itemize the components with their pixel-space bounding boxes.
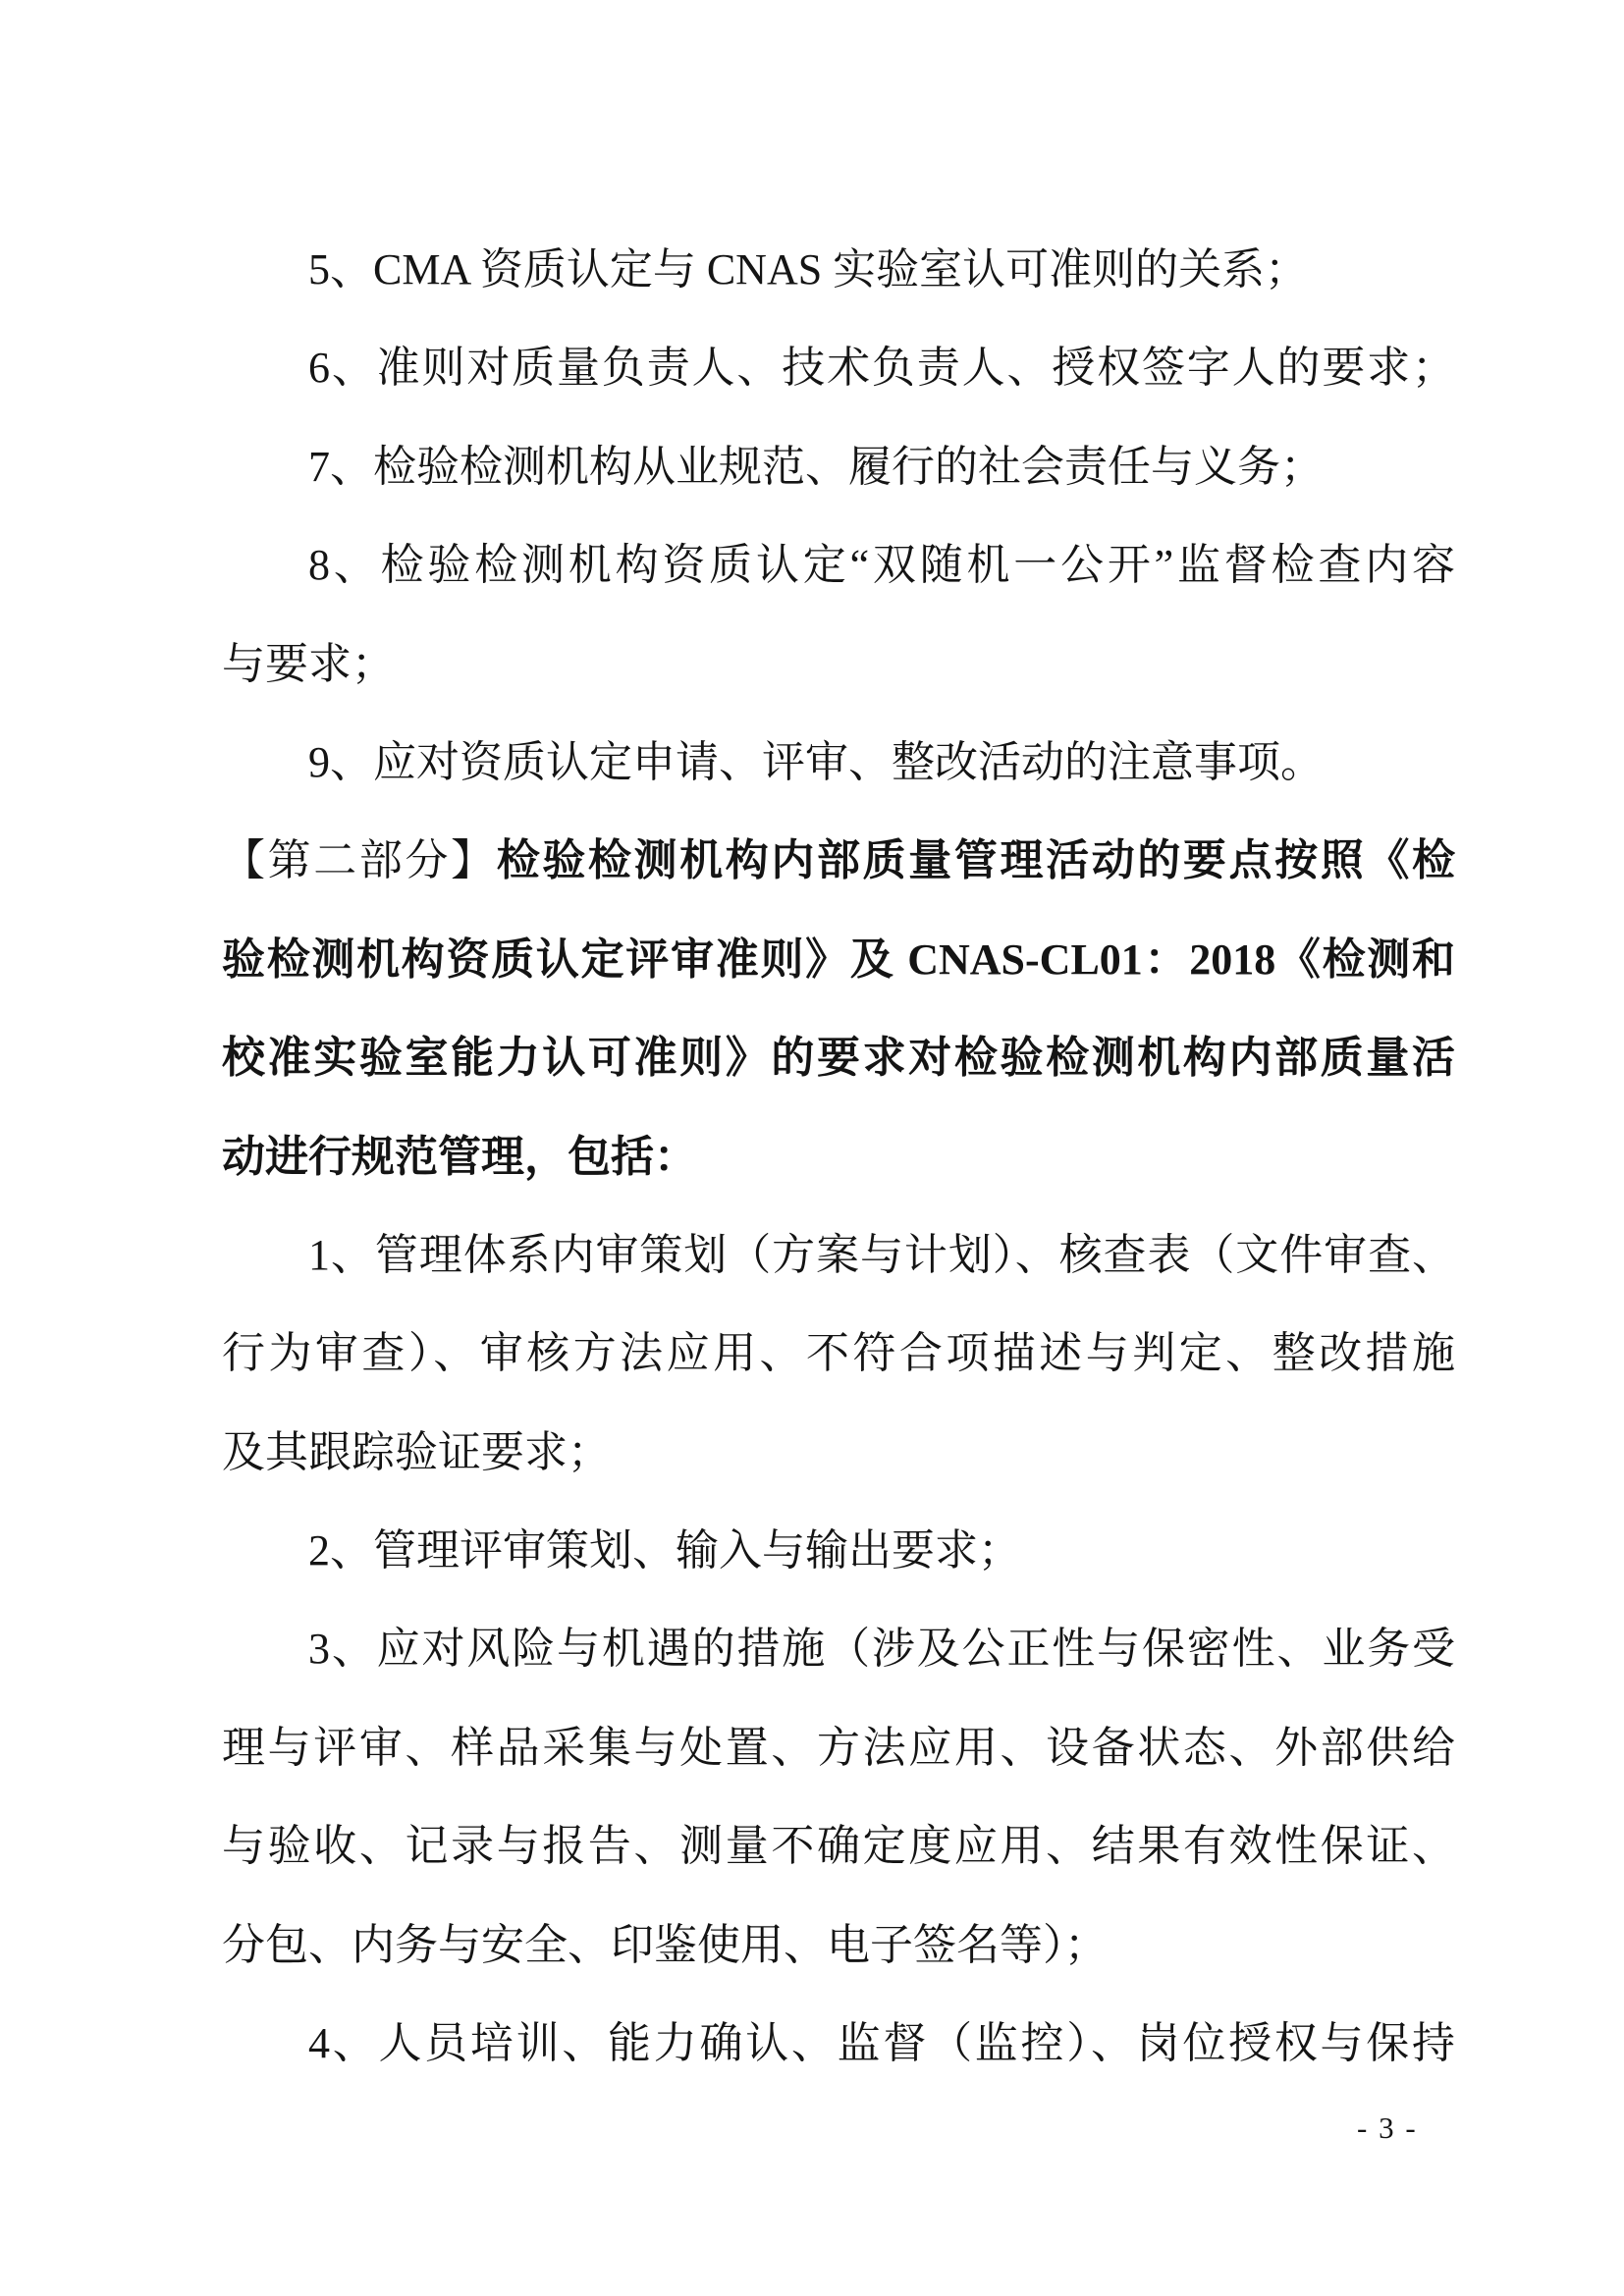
text-line: 5、CMA 资质认定与 CNAS 实验室认可准则的关系； xyxy=(222,221,1455,319)
text-line: 与要求； xyxy=(222,615,1455,714)
text-line: 与验收、记录与报告、测量不确定度应用、结果有效性保证、 xyxy=(222,1797,1455,1896)
text-segment: 1、管理体系内审策划（方案与计划）、核查表（文件审查、 xyxy=(308,1231,1455,1279)
text-segment: 5、CMA 资质认定与 CNAS 实验室认可准则的关系； xyxy=(308,245,1308,294)
text-segment: 与验收、记录与报告、测量不确定度应用、结果有效性保证、 xyxy=(222,1822,1455,1870)
text-segment: 6、准则对质量负责人、技术负责人、授权签字人的要求； xyxy=(308,344,1455,392)
text-segment: 理与评审、样品采集与处置、方法应用、设备状态、外部供给 xyxy=(222,1724,1455,1772)
text-line: 校准实验室能力认可准则》的要求对检验检测机构内部质量活 xyxy=(222,1009,1455,1107)
text-line: 行为审查）、审核方法应用、不符合项描述与判定、整改措施 xyxy=(222,1305,1455,1403)
document-page: 5、CMA 资质认定与 CNAS 实验室认可准则的关系；6、准则对质量负责人、技… xyxy=(0,0,1624,2296)
text-line: 【第二部分】检验检测机构内部质量管理活动的要点按照《检 xyxy=(222,812,1455,910)
text-line: 理与评审、样品采集与处置、方法应用、设备状态、外部供给 xyxy=(222,1699,1455,1797)
text-line: 1、管理体系内审策划（方案与计划）、核查表（文件审查、 xyxy=(222,1206,1455,1305)
text-line: 2、管理评审策划、输入与输出要求； xyxy=(222,1502,1455,1600)
text-segment: 分包、内务与安全、印鉴使用、电子签名等）； xyxy=(222,1921,1108,1969)
text-line: 7、检验检测机构从业规范、履行的社会责任与义务； xyxy=(222,418,1455,516)
text-segment: 与要求； xyxy=(222,640,395,688)
text-segment: 3、应对风险与机遇的措施（涉及公正性与保密性、业务受 xyxy=(308,1625,1455,1673)
text-segment: 7、检验检测机构从业规范、履行的社会责任与义务； xyxy=(308,443,1324,491)
text-segment: 8、检验检测机构资质认定“双随机一公开”监督检查内容 xyxy=(308,541,1455,589)
text-segment: 9、应对资质认定申请、评审、整改活动的注意事项。 xyxy=(308,738,1324,786)
bold-text-segment: 验检测机构资质认定评审准则》及 CNAS-CL01：2018《检测和 xyxy=(222,935,1455,984)
text-segment: 【第二部分】 xyxy=(222,836,497,884)
text-line: 及其跟踪验证要求； xyxy=(222,1404,1455,1502)
text-line: 3、应对风险与机遇的措施（涉及公正性与保密性、业务受 xyxy=(222,1600,1455,1698)
text-segment: 行为审查）、审核方法应用、不符合项描述与判定、整改措施 xyxy=(222,1329,1455,1377)
text-segment: 4、人员培训、能力确认、监督（监控）、岗位授权与保持 xyxy=(308,2019,1455,2067)
text-line: 动进行规范管理，包括： xyxy=(222,1108,1455,1206)
bold-text-segment: 动进行规范管理，包括： xyxy=(222,1133,697,1181)
page-number: - 3 - xyxy=(1357,2109,1418,2148)
text-line: 6、准则对质量负责人、技术负责人、授权签字人的要求； xyxy=(222,319,1455,417)
text-line: 4、人员培训、能力确认、监督（监控）、岗位授权与保持 xyxy=(222,1995,1455,2093)
document-text-block: 5、CMA 资质认定与 CNAS 实验室认可准则的关系；6、准则对质量负责人、技… xyxy=(222,221,1455,2093)
bold-text-segment: 校准实验室能力认可准则》的要求对检验检测机构内部质量活 xyxy=(222,1034,1455,1082)
text-line: 验检测机构资质认定评审准则》及 CNAS-CL01：2018《检测和 xyxy=(222,911,1455,1009)
text-line: 8、检验检测机构资质认定“双随机一公开”监督检查内容 xyxy=(222,516,1455,614)
bold-text-segment: 检验检测机构内部质量管理活动的要点按照《检 xyxy=(497,836,1455,884)
text-segment: 及其跟踪验证要求； xyxy=(222,1428,611,1476)
text-line: 9、应对资质认定申请、评审、整改活动的注意事项。 xyxy=(222,714,1455,812)
text-line: 分包、内务与安全、印鉴使用、电子签名等）； xyxy=(222,1896,1455,1995)
text-segment: 2、管理评审策划、输入与输出要求； xyxy=(308,1526,1021,1575)
